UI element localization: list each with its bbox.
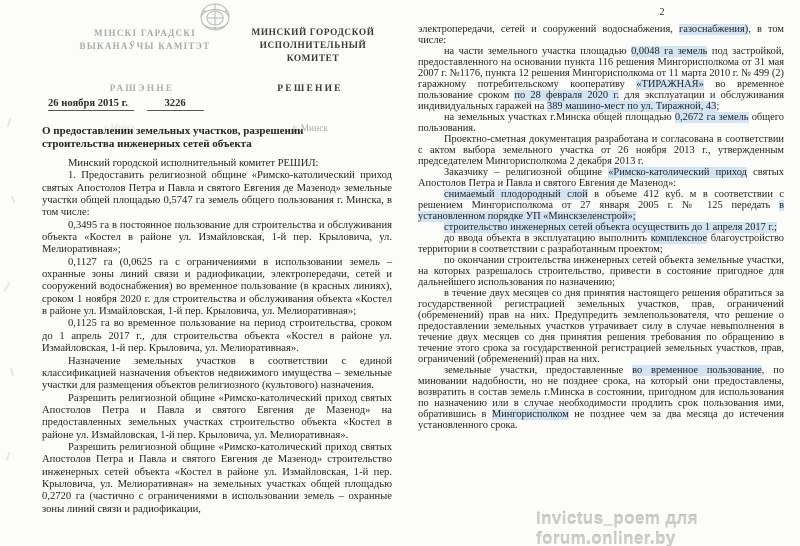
paragraph: 0,1125 га во временное пользование на пе… [42,318,392,355]
scan-noise [5,452,10,461]
paragraph: электропередачи, сетей и сооружений водо… [418,24,784,46]
highlighted-text: снимаемый плодородный слой [444,189,588,200]
text-segment: на части земельного участка площадью [444,46,631,57]
paragraph: Разрешить религиозной общине «Римско-кат… [42,393,392,442]
scan-noise [7,118,12,127]
paragraph: строительство инженерных сетей объекта о… [418,222,784,233]
decision-number: 3226 [147,98,204,111]
scan-noise [10,368,14,376]
paragraph: 0,1127 га (0,0625 га с ограничениями в и… [42,257,392,319]
paragraph: Проектно-сметная документация разработан… [418,134,784,167]
highlighted-text: «ТИРАЖНАЯ» [636,79,703,90]
text-segment: по окончании строительства инженерных се… [418,255,784,288]
text-segment: Проектно-сметная документация разработан… [418,134,784,167]
page2-number: 2 [620,7,704,18]
highlighted-text: Мингорисполком [492,409,569,420]
scan-noise [11,196,16,203]
highlighted-text: 0,0048 га земель [631,46,707,57]
text-segment: электропередачи, сетей и сооружений водо… [418,24,679,35]
scan-noise [4,282,11,292]
text-segment: Минский городской исполнительный комитет… [68,158,318,169]
text-segment: Назначение земельных участков в соответс… [42,356,392,392]
highlighted-text: 0,2672 га земель [675,112,749,123]
place-stamp: г. Минск [293,124,328,134]
highlighted-text: комплексное [651,233,707,244]
text-segment: до ввода объекта в эксплуатацию выполнит… [444,233,651,244]
text-segment: 0,1127 га (0,0625 га с ограничениями в и… [42,257,392,317]
paragraph: 0,3495 га в постоянное пользование для с… [42,220,392,257]
highlighted-text: по 28 февраля 2020 г. [514,90,619,101]
org-ru-line1: МИНСКИЙ ГОРОДСКОЙ [232,27,394,40]
org-be-line1: МІНСКІ ГАРАДСКІ [52,27,238,40]
text-segment: земельные участки, предоставленные [444,365,632,376]
paragraph: в течение двух месяцев со дня принятия н… [418,288,784,365]
paragraph: Заказчику – религиозной общине «Римско-к… [418,167,784,189]
paragraph: на части земельного участка площадью 0,0… [418,46,784,112]
paragraph: на земельных участках г.Минска общей пло… [418,112,784,134]
text-segment: 0,3495 га в постоянное пользование для с… [42,220,392,256]
doc-type-russian: РЕШЕНИЕ [254,84,366,94]
text-segment: 1. Предоставить религиозной общине «Римс… [42,170,392,218]
org-be-line2: ВЫКАНАЎЧЫ КАМІТЭТ [52,40,238,53]
highlighted-text: газоснабжения) [679,24,748,35]
paragraph: по окончании строительства инженерных се… [418,255,784,288]
paragraph: Минский городской исполнительный комитет… [42,158,392,170]
org-ru-line2: ИСПОЛНИТЕЛЬНЫЙ КОМИТЕТ [232,40,394,66]
date-number-line: 26 ноября 2015 г. 3226 [48,98,204,109]
text-segment: Разрешить религиозной общине «Римско-кат… [42,442,392,515]
paragraph: 1. Предоставить религиозной общине «Римс… [42,170,392,219]
text-segment: в течение двух месяцев со дня принятия н… [418,288,784,365]
paragraph: Разрешить религиозной общине «Римско-кат… [42,442,392,516]
text-segment: Разрешить религиозной общине «Римско-кат… [42,393,392,441]
highlighted-text: во временное пользование [632,365,762,376]
highlighted-text: 389 машино-мест по ул. Тиражной, 43 [547,101,716,112]
text-segment: Заказчику – религиозной общине [444,167,608,178]
page1-body: Минский городской исполнительный комитет… [42,158,392,516]
paragraph: снимаемый плодородный слой в объеме 412 … [418,189,784,222]
text-segment: ; [716,101,719,112]
org-name-belarusian: МІНСКІ ГАРАДСКІ ВЫКАНАЎЧЫ КАМІТЭТ [52,27,238,53]
paragraph: земельные участки, предоставленные во вр… [418,365,784,431]
decision-date: 26 ноября 2015 г. [48,98,134,111]
paragraph: до ввода объекта в эксплуатацию выполнит… [418,233,784,255]
text-segment: на земельных участках г.Минска общей пло… [444,112,675,123]
paragraph: Назначение земельных участков в соответс… [42,356,392,393]
page2-body: электропередачи, сетей и сооружений водо… [418,24,784,431]
text-segment: 0,1125 га во временное пользование на пе… [42,318,392,354]
highlighted-text: строительство инженерных сетей объекта о… [444,222,777,233]
watermark: Invictus_poem для forum.onliner.by [536,509,800,546]
org-name-russian: МИНСКИЙ ГОРОДСКОЙ ИСПОЛНИТЕЛЬНЫЙ КОМИТЕТ [232,27,394,66]
highlighted-text: «Римско-католический приход [608,167,747,178]
doc-type-belarusian: РАШЭННЕ [86,84,198,94]
